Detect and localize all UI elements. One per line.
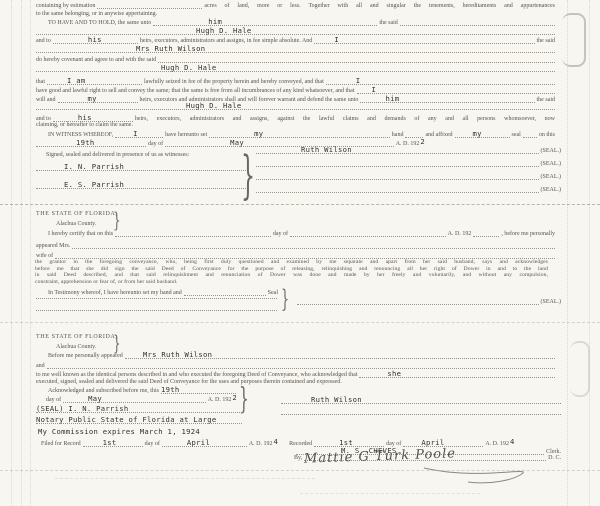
typed-grantee-name-3: Hugh D. Hale	[186, 102, 242, 110]
page-edge-line-2	[55, 478, 315, 479]
testimony-brace: }	[281, 286, 289, 314]
print-text: In Testimony whereof, I have hereunto se…	[47, 289, 183, 297]
blank-and	[47, 368, 555, 369]
print-text: Seal	[267, 289, 279, 297]
line-before-appeared: Before me personally appeared Mrs Ruth W…	[47, 351, 556, 360]
line-and-to-heirs: and to his heirs, executors, administrat…	[35, 36, 556, 45]
print-text: TO HAVE AND TO HOLD, the same unto	[47, 19, 152, 27]
line-containing: containing by estimation acres of land, …	[35, 2, 556, 10]
typed-notary-title: Notary Public State of Florida at Large	[36, 416, 216, 424]
blank-filed-month: April	[162, 439, 247, 447]
line-grantee-name-2: Hugh D. Hale	[35, 64, 556, 73]
line-notary-title: Notary Public State of Florida at Large	[35, 416, 243, 425]
blank-ack-2	[281, 414, 561, 415]
typed-his-1: his	[88, 36, 102, 44]
blank-seal-right	[297, 304, 539, 305]
blank-grantor: Mrs Ruth Wilson	[36, 45, 555, 53]
margin-rule-left-inner	[21, 0, 22, 506]
line-notary-blank-2	[35, 310, 278, 312]
line-lawful-right: have good and lawful right to sell and c…	[35, 86, 556, 95]
margin-rule-right-outer	[589, 0, 590, 506]
state-brace-2: }	[113, 208, 121, 232]
print-text: have good and lawful right to sell and c…	[35, 87, 356, 95]
blank-grantee: Hugh D. Hale	[36, 27, 555, 35]
print-text: Acknowledged and subscribed before me, t…	[47, 387, 160, 395]
typed-appeared-name: Mrs Ruth Wilson	[143, 351, 212, 359]
print-text: that	[35, 78, 46, 86]
line-belonging: to the same belonging, or in anywise app…	[35, 10, 158, 18]
typed-filed-1st: 1st	[103, 439, 117, 447]
blank-that-i: I	[326, 77, 555, 85]
typed-i-3: I	[372, 86, 377, 94]
county-label-3: Alachua County.	[55, 343, 97, 351]
blank-grantee-2: Hugh D. Hale	[36, 64, 555, 72]
blank-before: Mrs Ruth Wilson	[125, 351, 555, 359]
blank-his: his	[53, 36, 138, 44]
seal-label-3: (SEAL.)	[540, 173, 563, 181]
blank-cert-year	[473, 236, 499, 237]
print-text: executed, signed, sealed and delivered t…	[35, 378, 343, 386]
line-grantee-name-1: Hugh D. Hale	[35, 27, 556, 36]
blank-cert-month	[290, 236, 446, 237]
typed-witness-2: E. S. Parrish	[64, 181, 124, 189]
line-notary-seal: (SEAL) I. N. Parrish	[35, 405, 243, 414]
state-heading-3: THE STATE OF FLORIDA,	[35, 333, 118, 341]
typed-notary-seal-name: (SEAL) I. N. Parrish	[36, 405, 129, 413]
line-acknowledged: Acknowledged and subscribed before me, t…	[47, 386, 237, 395]
print-text: the said	[378, 19, 399, 27]
typed-ack-signature: Ruth Wilson	[311, 396, 362, 404]
print-text: do hereby covenant and agree to and with…	[35, 56, 157, 64]
line-state-2: THE STATE OF FLORIDA,	[35, 210, 118, 218]
print-text: Filed for Record	[40, 440, 82, 448]
state-heading-2: THE STATE OF FLORIDA,	[35, 210, 118, 218]
typed-filed-year: 4	[274, 438, 279, 446]
blank-she: she	[359, 370, 555, 378]
witness-brace: }	[241, 146, 255, 206]
blank-witness-1: I. N. Parrish	[36, 163, 246, 171]
blank-testimony	[184, 295, 266, 296]
blank-my-seal: my	[455, 130, 510, 138]
blank-deputy: Mattie G Turk Poole	[304, 453, 546, 461]
typed-my-2: my	[254, 130, 263, 138]
blank-grantee-3: Hugh D. Hale	[36, 102, 555, 110]
line-witness-1: I. N. Parrish	[35, 163, 247, 172]
print-text: claiming, or hereafter to claim the same…	[35, 121, 134, 129]
print-text: containing by estimation	[35, 2, 96, 10]
print-text: hand	[391, 131, 405, 139]
blank-trailing	[158, 62, 555, 63]
print-text: the said	[536, 37, 557, 45]
print-text: I hereby certify that on this	[47, 230, 114, 238]
line-seal-4: (SEAL.)	[255, 186, 562, 194]
page-edge-line-3	[300, 493, 480, 494]
print-text: on this	[538, 131, 556, 139]
seal-label-2: (SEAL.)	[540, 160, 563, 168]
blank-day: 19th	[36, 139, 146, 147]
typed-grantee-name-2: Hugh D. Hale	[161, 64, 217, 72]
binder-ring-mark-bottom	[570, 341, 590, 397]
signature-flourish	[420, 465, 550, 489]
print-text: and	[35, 362, 46, 370]
print-text: seal	[511, 131, 522, 139]
typed-witness-1: I. N. Parrish	[64, 163, 124, 171]
typed-filed-april: April	[187, 439, 210, 447]
blank-appeared	[72, 248, 555, 249]
blank-i-am: I am	[47, 77, 142, 85]
line-witness-2: E. S. Parrish	[35, 181, 247, 190]
line-deputy: By, Mattie G Turk Poole D. C.	[293, 453, 562, 462]
print-text: acres of land, more or less. Together wi…	[203, 2, 556, 10]
print-text: appeared Mrs.	[35, 242, 71, 250]
blank-and-i: I	[314, 36, 534, 44]
blank-ack-month: May	[63, 395, 206, 403]
deputy-signature-handwritten: Mattie G Turk Poole	[304, 450, 456, 463]
line-appeared-mrs: appeared Mrs.	[35, 242, 556, 250]
print-text: and to	[35, 37, 52, 45]
typed-grantor-name: Mrs Ruth Wilson	[136, 45, 205, 53]
print-text: Signed, sealed and delivered in presence…	[45, 151, 190, 159]
binder-ring-mark-top	[562, 13, 586, 67]
typed-day-19th: 19th	[76, 139, 95, 147]
typed-i-4: I	[133, 130, 138, 138]
blank-witness-2: E. S. Parrish	[36, 181, 246, 189]
blank-acres	[97, 8, 202, 9]
blank-signature-4	[256, 192, 539, 193]
print-text: heirs, executors, administrators and ass…	[134, 115, 556, 123]
print-text: , before me personally	[500, 230, 556, 238]
print-text: and affixed	[424, 131, 453, 139]
blank-signature-2	[256, 166, 539, 167]
line-ack-date: day of May A. D. 192 2	[45, 395, 237, 404]
print-text: to the same belonging, or in anywise app…	[35, 10, 158, 18]
typed-i-1: I	[334, 36, 339, 44]
print-text: day of	[147, 140, 164, 148]
print-text: lawfully seized in fee of the property h…	[143, 78, 325, 86]
print-text: day of	[144, 440, 161, 448]
blank-notary-2	[36, 310, 277, 311]
blank-trailing	[400, 25, 555, 26]
seal-label-4: (SEAL.)	[540, 186, 563, 194]
line-state-3: THE STATE OF FLORIDA,	[35, 333, 118, 341]
typed-grantee-name-1: Hugh D. Hale	[196, 27, 252, 35]
line-seal-1: Ruth Wilson (SEAL.)	[255, 146, 562, 155]
dower-paragraph-4: constraint, apprehension or fear of, or …	[35, 279, 548, 285]
line-ack-blank-2	[280, 414, 562, 416]
page-edge-line-1	[0, 470, 600, 471]
blank-my-hand: my	[209, 130, 390, 138]
section-divider-1	[0, 204, 600, 205]
margin-rule-left	[30, 0, 31, 506]
line-certify: I hereby certify that on this day of A. …	[47, 230, 556, 238]
blank-notary-title: Notary Public State of Florida at Large	[36, 416, 242, 424]
blank-filed-day: 1st	[83, 439, 143, 447]
print-text: Before me personally appeared	[47, 352, 124, 360]
dower-paragraph-1: the grantor in the foregoing conveyance,…	[35, 259, 548, 265]
blank-small-2	[523, 137, 537, 138]
typed-i-2: I	[356, 77, 361, 85]
line-county-3: Alachua County.	[55, 343, 97, 351]
typed-my-3: my	[473, 130, 482, 138]
line-executed: executed, signed, sealed and delivered t…	[35, 378, 343, 386]
typed-commission-expires: My Commission expires March 1, 1924	[38, 428, 200, 436]
typed-rec-april: April	[421, 439, 444, 447]
line-county-2: Alachua County.	[55, 220, 97, 228]
blank-notary-1	[36, 298, 277, 299]
line-and-blank: and	[35, 362, 556, 370]
dc-label: D. C.	[547, 454, 562, 462]
line-seal-2: (SEAL.)	[255, 160, 562, 168]
blank-cert-day	[115, 236, 271, 237]
blank-notary-seal: (SEAL) I. N. Parrish	[36, 405, 242, 413]
print-text: A. D. 192	[447, 230, 473, 238]
blank-i-witness: I	[115, 130, 163, 138]
margin-rule-left-outer	[11, 0, 12, 506]
county-label-2: Alachua County.	[55, 220, 97, 228]
section-divider-2	[0, 322, 600, 323]
typed-rec-year: 4	[510, 438, 515, 446]
line-testimony: In Testimony whereof, I have hereunto se…	[47, 289, 279, 297]
dower-paragraph-2: before me that she did sign the said Dee…	[35, 266, 548, 272]
print-text: A. D. 192	[248, 440, 274, 448]
line-claiming: claiming, or hereafter to claim the same…	[35, 121, 134, 129]
seal-label-1: (SEAL.)	[540, 147, 563, 155]
margin-rule-right	[567, 0, 568, 506]
line-notary-blank-1	[35, 298, 278, 300]
blank-unto: him	[153, 18, 377, 26]
typed-she: she	[387, 370, 401, 378]
typed-i-am: I am	[67, 77, 86, 85]
blank-ack-signature: Ruth Wilson	[281, 396, 561, 404]
line-grantor-name: Mrs Ruth Wilson	[35, 45, 556, 54]
blank-signature-3	[256, 179, 539, 180]
blank-signature-1: Ruth Wilson	[256, 146, 539, 154]
typed-him: him	[208, 18, 222, 26]
print-text: day of	[45, 396, 62, 404]
typed-ack-19th: 19th	[161, 386, 180, 394]
scanned-deed-document: containing by estimation acres of land, …	[0, 0, 600, 506]
dower-paragraph-3: in said Deed described, and that said re…	[35, 272, 548, 278]
line-commission: My Commission expires March 1, 1924	[38, 428, 200, 436]
line-seal-3: (SEAL.)	[255, 173, 562, 181]
typed-year-2: 2	[420, 138, 425, 146]
typed-ack-year: 2	[232, 394, 237, 402]
line-ack-signature: Ruth Wilson	[280, 396, 562, 405]
print-text: day of	[272, 230, 289, 238]
line-to-have-and-hold: TO HAVE AND TO HOLD, the same unto him t…	[47, 18, 556, 27]
line-in-witness: IN WITNESS WHEREOF, I have hereunto set …	[47, 130, 556, 139]
line-seized: that I am lawfully seized in fee of the …	[35, 77, 556, 86]
blank-that-i-2: I	[357, 86, 556, 94]
blank-ack-day: 19th	[161, 386, 236, 394]
line-witness-label: Signed, sealed and delivered in presence…	[45, 151, 190, 159]
seal-label-5: (SEAL.)	[540, 298, 563, 306]
by-label: By,	[293, 454, 303, 462]
typed-signature-ruth-wilson: Ruth Wilson	[301, 146, 352, 154]
line-covenant: do hereby covenant and agree to and with…	[35, 56, 556, 64]
print-text: A. D. 192	[207, 396, 233, 404]
line-seal-right: (SEAL.)	[296, 298, 562, 306]
line-grantee-name-3: Hugh D. Hale	[35, 102, 556, 111]
typed-ack-may: May	[88, 395, 102, 403]
print-text: have hereunto set	[164, 131, 208, 139]
